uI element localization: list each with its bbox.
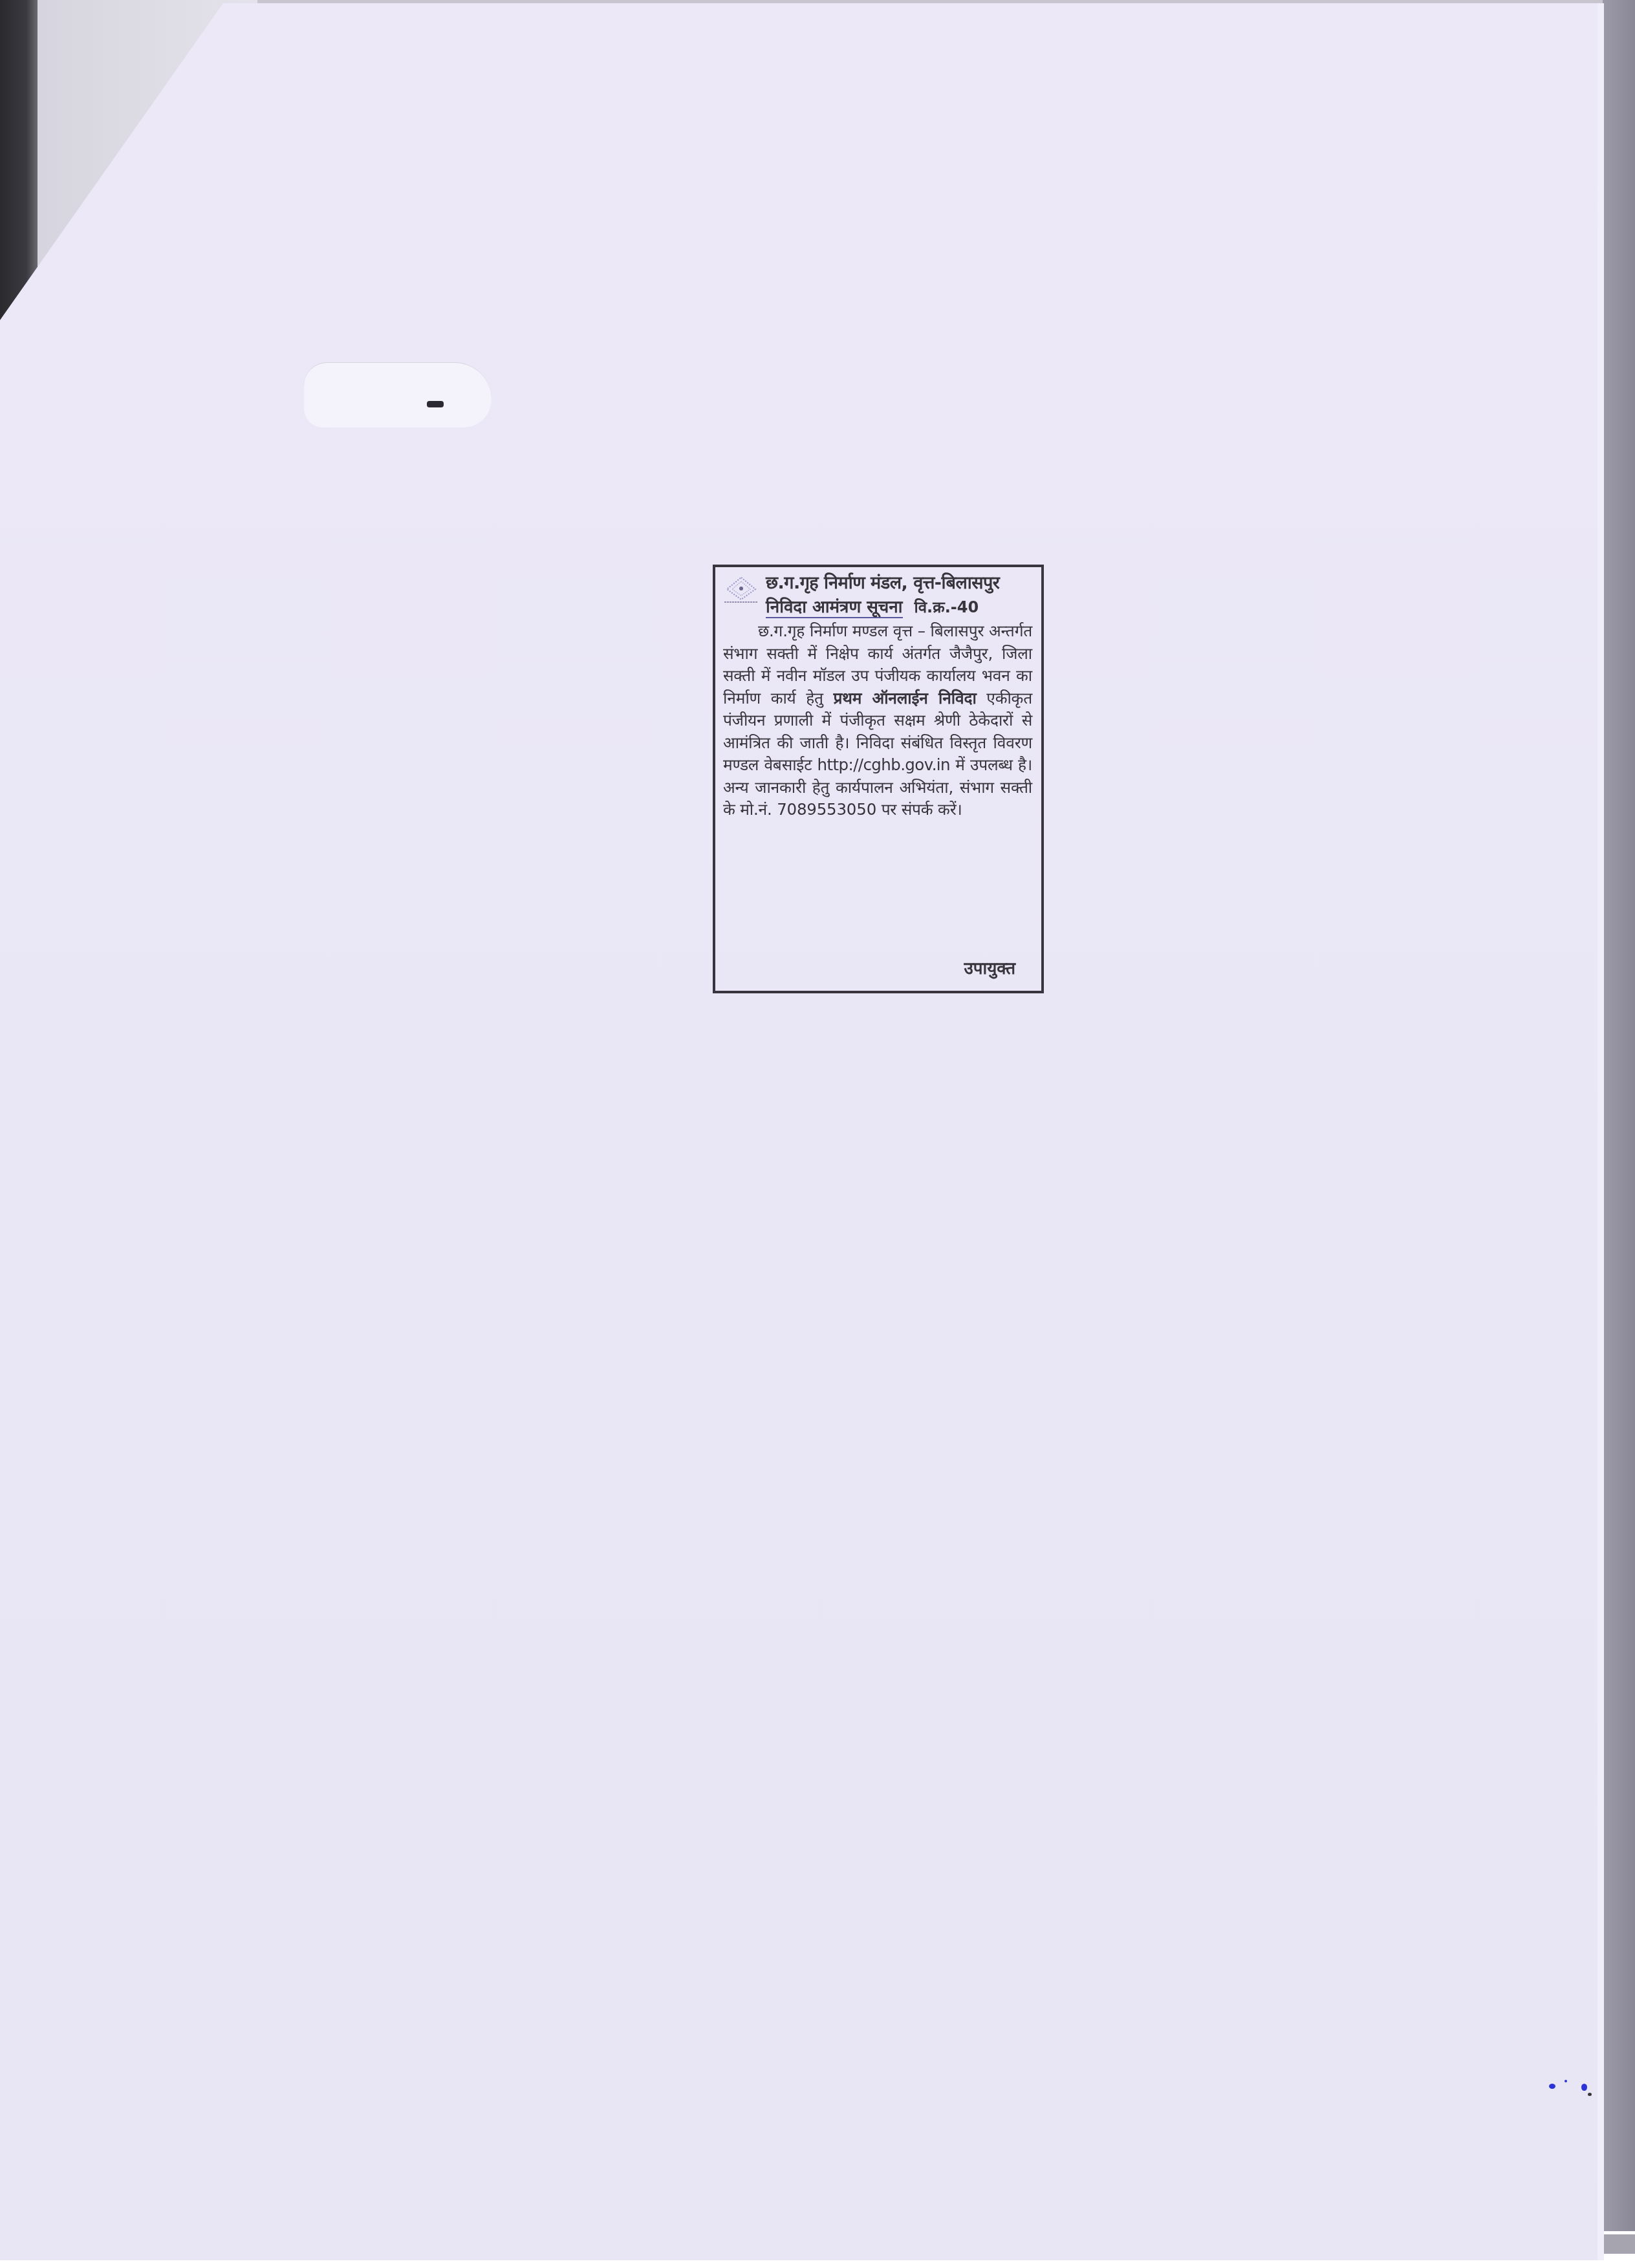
scanner-bed-right [1603, 0, 1635, 2231]
notice-body: छ.ग.गृह निर्माण मण्डल वृत्त – बिलासपुर अ… [723, 620, 1032, 821]
paper-smudge [304, 362, 492, 427]
cghb-emblem-icon [722, 575, 761, 605]
notice-title: छ.ग.गृह निर्माण मंडल, वृत्त-बिलासपुर [766, 571, 1032, 596]
paper-sheet [0, 3, 1603, 2260]
tender-notice: छ.ग.गृह निर्माण मंडल, वृत्त-बिलासपुर निव… [713, 565, 1044, 993]
body-bold-text: प्रथम ऑनलाईन निविदा [833, 689, 976, 707]
notice-reference: वि.क्र.-40 [915, 598, 979, 616]
paper-edge [1597, 3, 1604, 2260]
notice-subtitle: निविदा आमंत्रण सूचनावि.क्र.-40 [766, 596, 1032, 619]
ink-spots [1549, 2084, 1594, 2097]
notice-heading: निविदा आमंत्रण सूचना [766, 598, 903, 618]
dirt-speck [427, 401, 444, 407]
website-link[interactable]: http://cghb.gov.in [817, 755, 950, 774]
notice-signature: उपायुक्त [964, 956, 1015, 979]
scanner-bed-bottom [0, 2260, 1635, 2268]
scanner-bed-right-strip [1603, 2234, 1635, 2254]
